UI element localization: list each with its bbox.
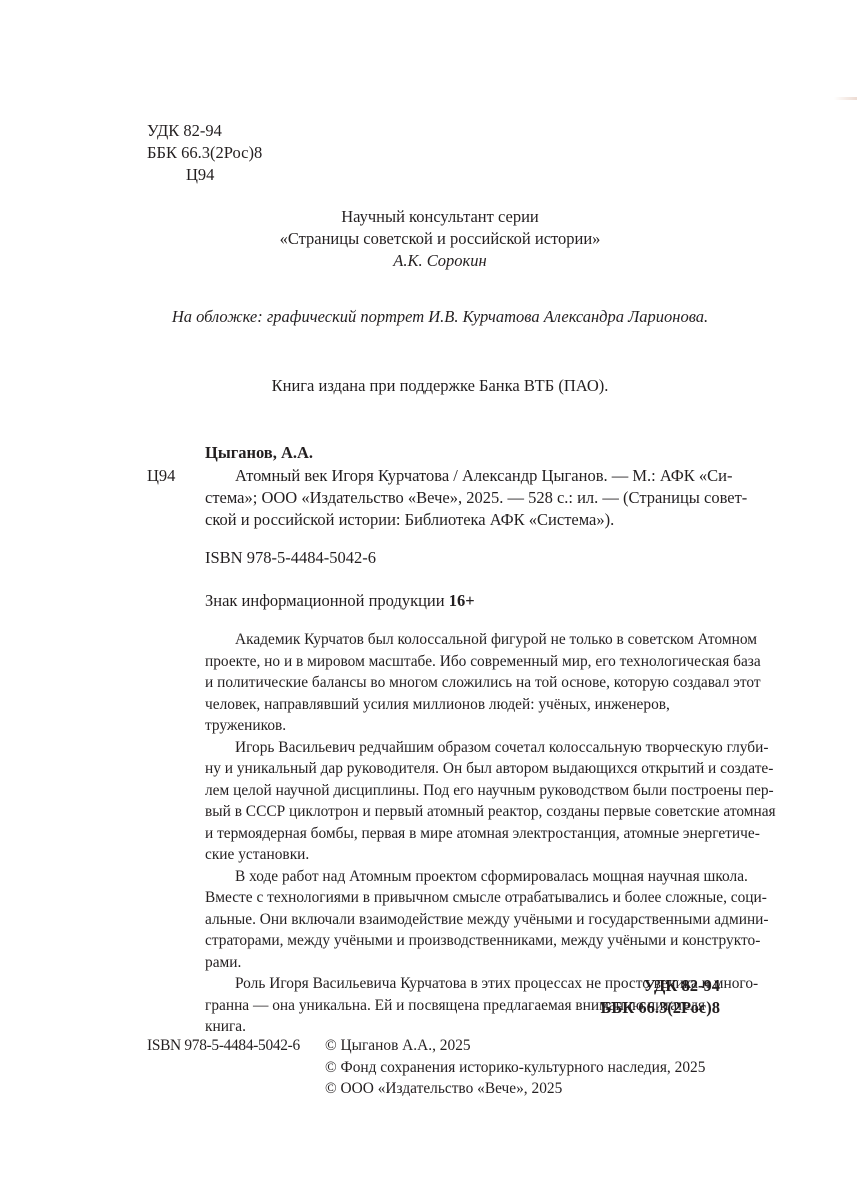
abstract-paragraph: Академик Курчатов был колоссальной фигур… xyxy=(205,629,720,737)
age-rating-label: Знак информационной продукции xyxy=(205,591,445,610)
abstract-line: рами. xyxy=(205,952,720,974)
abstract-paragraph: Игорь Васильевич редчайшим образом сочет… xyxy=(205,737,720,866)
bib-line: стема»; ООО «Издательство «Вече», 2025. … xyxy=(205,487,720,509)
copyright-publisher: © ООО «Издательство «Вече», 2025 xyxy=(325,1078,705,1100)
copyright-author: © Цыганов А.А., 2025 xyxy=(325,1035,705,1057)
abstract-line: проекте, но и в мировом масштабе. Ибо со… xyxy=(205,651,720,673)
series-consultant-label: Научный консультант серии xyxy=(0,206,857,228)
copyright-foundation: © Фонд сохранения историко-культурного н… xyxy=(325,1057,705,1079)
copyright-list: © Цыганов А.А., 2025 © Фонд сохранения и… xyxy=(325,1035,705,1100)
cover-note: На обложке: графический портрет И.В. Кур… xyxy=(0,306,857,328)
abstract-line: альные. Они включали взаимодействие межд… xyxy=(205,909,720,931)
isbn-record: ISBN 978-5-4484-5042-6 xyxy=(205,547,376,569)
author-heading: Цыганов, А.А. xyxy=(205,442,313,464)
abstract-line: ские установки. xyxy=(205,844,720,866)
age-rating: Знак информационной продукции 16+ xyxy=(205,590,475,612)
series-consultant-name: А.К. Сорокин xyxy=(0,250,857,272)
bib-line: Атомный век Игоря Курчатова / Александр … xyxy=(205,465,720,487)
bib-line: ской и российской истории: Библиотека АФ… xyxy=(205,509,720,531)
abstract-line: и термоядерная бомбы, первая в мире атом… xyxy=(205,823,720,845)
abstract-line: и политические балансы во многом сложили… xyxy=(205,672,720,694)
scan-artifact xyxy=(834,97,857,100)
isbn-footer: ISBN 978-5-4484-5042-6 xyxy=(147,1035,300,1057)
udk-bottom: УДК 82-94 xyxy=(644,975,720,997)
abstract-paragraph: В ходе работ над Атомным проектом сформи… xyxy=(205,866,720,974)
age-rating-value: 16+ xyxy=(449,591,475,610)
abstract-line: В ходе работ над Атомным проектом сформи… xyxy=(205,866,720,888)
udk-top: УДК 82-94 xyxy=(147,120,222,142)
author-mark-top: Ц94 xyxy=(186,164,214,186)
abstract-line: Игорь Васильевич редчайшим образом сочет… xyxy=(205,737,720,759)
series-title: «Страницы советской и российской истории… xyxy=(0,228,857,250)
abstract-line: ну и уникальный дар руководителя. Он был… xyxy=(205,758,720,780)
sponsor-note: Книга издана при поддержке Банка ВТБ (ПА… xyxy=(0,375,857,397)
bbk-top: ББК 66.3(2Рос)8 xyxy=(147,142,262,164)
author-mark: Ц94 xyxy=(147,465,175,487)
abstract-line: вый в СССР циклотрон и первый атомный ре… xyxy=(205,801,720,823)
abstract-line: Вместе с технологиями в привычном смысле… xyxy=(205,887,720,909)
abstract-line: человек, направлявший усилия миллионов л… xyxy=(205,694,720,737)
abstract-line: страторами, между учёными и производстве… xyxy=(205,930,720,952)
abstract-line: лем целой научной дисциплины. Под его на… xyxy=(205,780,720,802)
bbk-bottom: ББК 66.3(2Рос)8 xyxy=(600,997,720,1019)
bibliographic-description: Атомный век Игоря Курчатова / Александр … xyxy=(205,465,720,531)
abstract-line: Академик Курчатов был колоссальной фигур… xyxy=(205,629,720,651)
